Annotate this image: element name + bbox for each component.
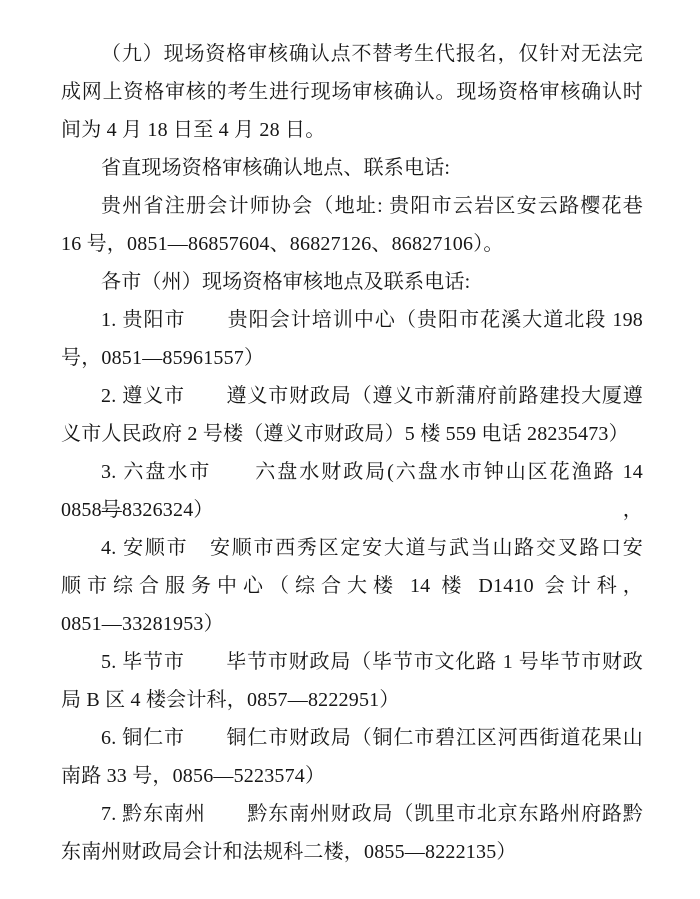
- text-line: 4. 安顺市 安顺市西秀区定安大道与武当山路交叉路口安: [61, 529, 643, 567]
- text-line: 省直现场资格审核确认地点、联系电话:: [61, 149, 643, 187]
- text-line: 2. 遵义市 遵义市财政局（遵义市新蒲府前路建投大厦遵: [61, 377, 643, 415]
- text-line: 东南州财政局会计和法规科二楼，0855—8222135）: [61, 833, 643, 871]
- text-line: 16 号，0851—86857604、86827126、86827106）。: [61, 225, 643, 263]
- text-line: 顺市综合服务中心（综合大楼 14 楼 D1410 会计科，: [61, 567, 643, 605]
- para-city-1-guiyang: 1. 贵阳市 贵阳会计培训中心（贵阳市花溪大道北段 198号，0851—8596…: [61, 301, 643, 377]
- text-line: 各市（州）现场资格审核地点及联系电话:: [61, 263, 643, 301]
- para-cities-heading: 各市（州）现场资格审核地点及联系电话:: [61, 263, 643, 301]
- para-city-2-zunyi: 2. 遵义市 遵义市财政局（遵义市新蒲府前路建投大厦遵义市人民政府 2 号楼（遵…: [61, 377, 643, 453]
- text-line: 贵州省注册会计师协会（地址: 贵阳市云岩区安云路樱花巷: [61, 187, 643, 225]
- para-provincial-heading: 省直现场资格审核确认地点、联系电话:: [61, 149, 643, 187]
- para-city-3-liupanshui: 3. 六盘水市 六盘水财政局(六盘水市钟山区花渔路 14 号，0858—8326…: [61, 453, 643, 529]
- text-line: 0851—33281953）: [61, 605, 643, 643]
- para-city-7-qiandongnan: 7. 黔东南州 黔东南州财政局（凯里市北京东路州府路黔东南州财政局会计和法规科二…: [61, 795, 643, 871]
- text-line: 局 B 区 4 楼会计科，0857—8222951）: [61, 681, 643, 719]
- text-line: 7. 黔东南州 黔东南州财政局（凯里市北京东路州府路黔: [61, 795, 643, 833]
- text-line: 6. 铜仁市 铜仁市财政局（铜仁市碧江区河西街道花果山: [61, 719, 643, 757]
- para-provincial-location: 贵州省注册会计师协会（地址: 贵阳市云岩区安云路樱花巷16 号，0851—868…: [61, 187, 643, 263]
- text-line: 成网上资格审核的考生进行现场审核确认。现场资格审核确认时: [61, 73, 643, 111]
- document-content: （九）现场资格审核确认点不替考生代报名，仅针对无法完成网上资格审核的考生进行现场…: [61, 35, 643, 871]
- para-clause-9: （九）现场资格审核确认点不替考生代报名，仅针对无法完成网上资格审核的考生进行现场…: [61, 35, 643, 149]
- text-line: （九）现场资格审核确认点不替考生代报名，仅针对无法完: [61, 35, 643, 73]
- text-line: 义市人民政府 2 号楼（遵义市财政局）5 楼 559 电话 28235473）: [61, 415, 643, 453]
- text-line: 南路 33 号，0856—5223574）: [61, 757, 643, 795]
- text-line: 间为 4 月 18 日至 4 月 28 日。: [61, 111, 643, 149]
- para-city-5-bijie: 5. 毕节市 毕节市财政局（毕节市文化路 1 号毕节市财政局 B 区 4 楼会计…: [61, 643, 643, 719]
- text-line: 1. 贵阳市 贵阳会计培训中心（贵阳市花溪大道北段 198: [61, 301, 643, 339]
- para-city-6-tongren: 6. 铜仁市 铜仁市财政局（铜仁市碧江区河西街道花果山南路 33 号，0856—…: [61, 719, 643, 795]
- text-line: 号，0851—85961557）: [61, 339, 643, 377]
- text-line: 3. 六盘水市 六盘水财政局(六盘水市钟山区花渔路 14 号，: [61, 453, 643, 491]
- text-line: 5. 毕节市 毕节市财政局（毕节市文化路 1 号毕节市财政: [61, 643, 643, 681]
- para-city-4-anshun: 4. 安顺市 安顺市西秀区定安大道与武当山路交叉路口安顺市综合服务中心（综合大楼…: [61, 529, 643, 643]
- document-page: （九）现场资格审核确认点不替考生代报名，仅针对无法完成网上资格审核的考生进行现场…: [0, 0, 700, 899]
